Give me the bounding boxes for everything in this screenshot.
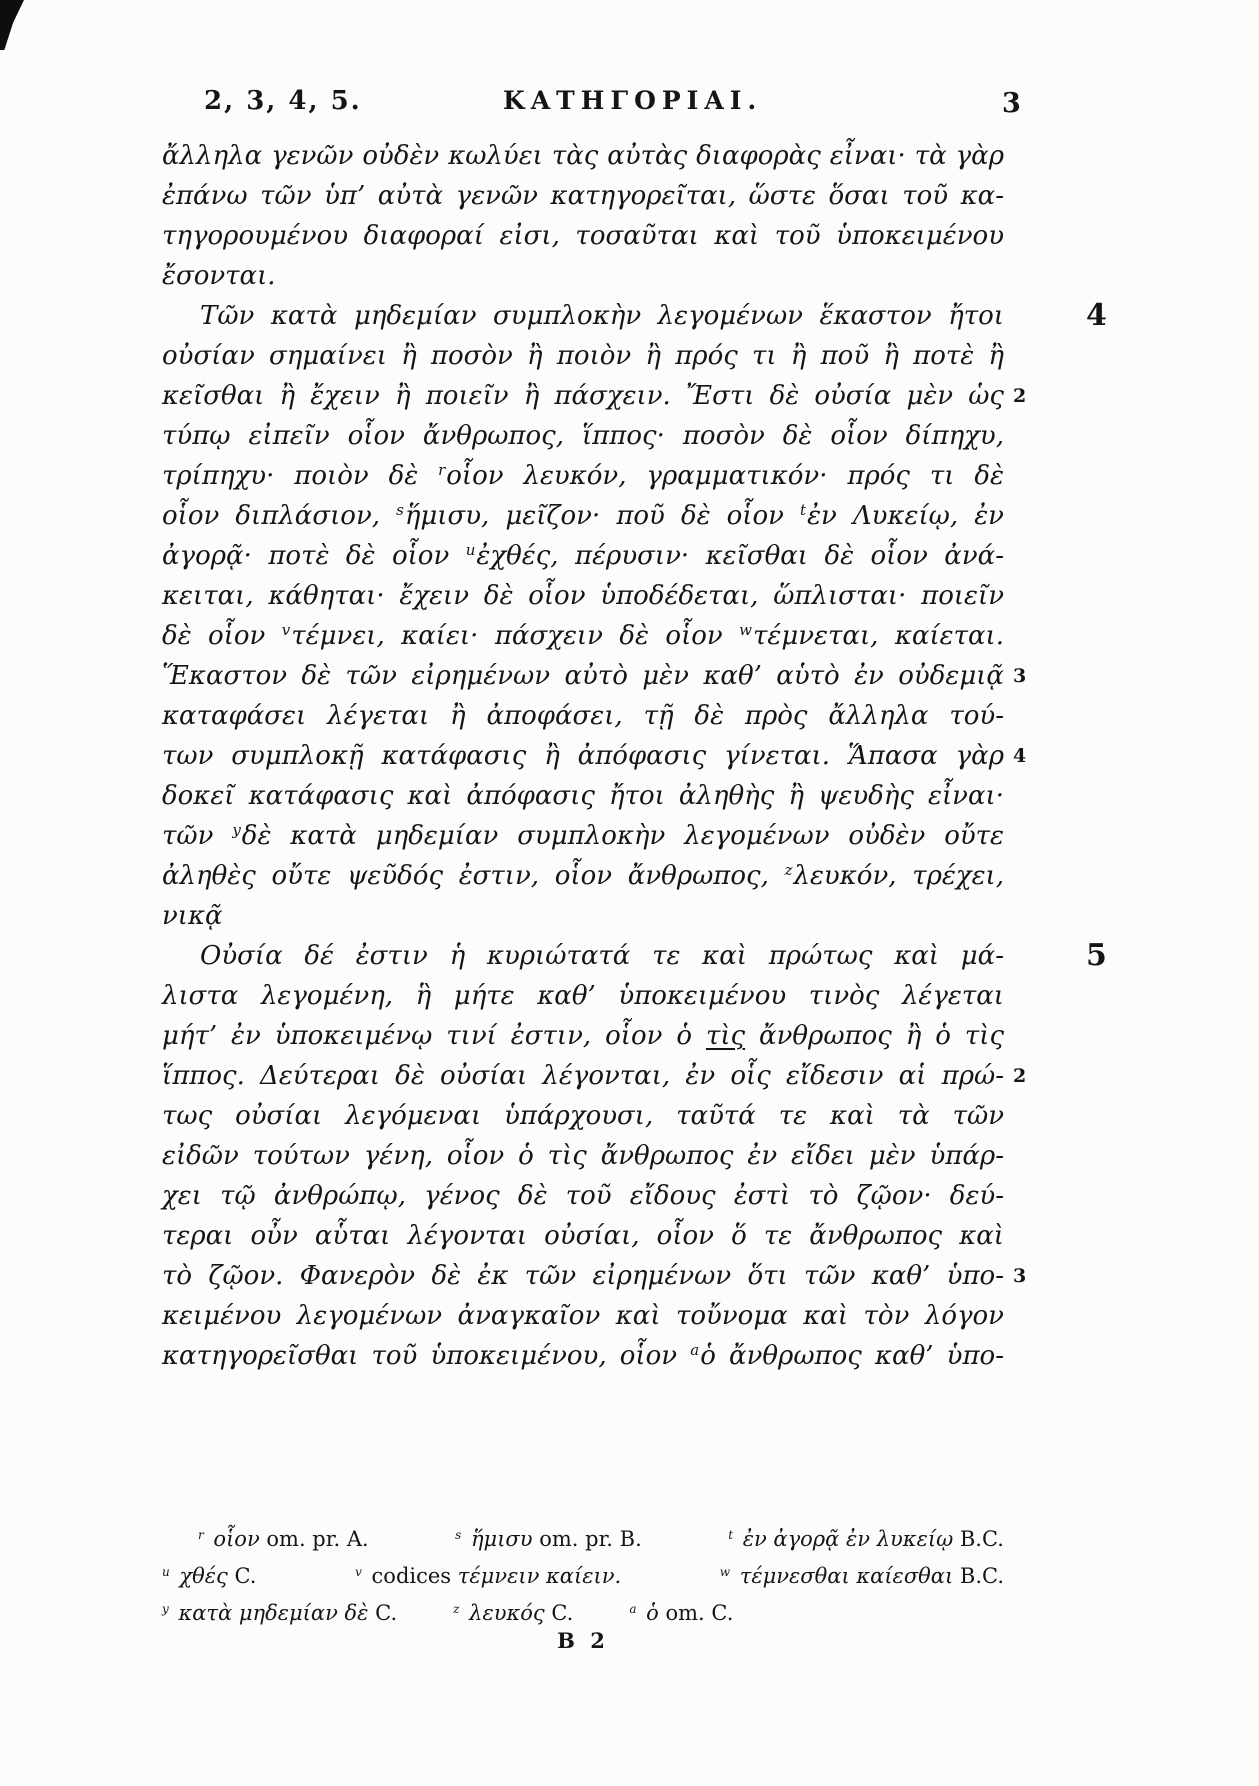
page-number: 3 <box>1002 88 1021 119</box>
greek-text: τέμνει, καίει· πάσχειν δὲ οἷον <box>291 621 739 651</box>
greek-text: τεραι οὖν αὗται λέγονται οὐσίαι, οἷον ὅ … <box>162 1221 1004 1251</box>
text-line: κεῖσθαι ἢ ἔχειν ἢ ποιεῖν ἢ πάσχειν. Ἔστι… <box>162 376 1004 416</box>
greek-text: λευκόν, τρέχει, <box>794 861 1005 891</box>
text-line: κειμένου λεγομένων ἀναγκαῖον καὶ τοὔνομα… <box>162 1296 1004 1336</box>
greek-text: καταφάσει λέγεται ἢ ἀποφάσει, τῇ δὲ πρὸς… <box>162 701 1004 731</box>
text-line: Τῶν κατὰ μηδεμίαν συμπλοκὴν λεγομένων ἕκ… <box>162 296 1004 336</box>
text-line: τύπῳ εἰπεῖν οἷον ἄνθρωπος, ἵππος· ποσὸν … <box>162 416 1004 456</box>
text-line: ἀγορᾷ· ποτὲ δὲ οἷον uἐχθές, πέρυσιν· κεῖ… <box>162 536 1004 576</box>
text-line: οὐσίαν σημαίνει ἢ ποσὸν ἢ ποιὸν ἢ πρός τ… <box>162 336 1004 376</box>
greek-text: λιστα λεγομένη, ἣ μήτε καθ’ ὑποκειμένου … <box>162 981 1004 1011</box>
footnote-entry: u χθές C. <box>162 1559 256 1596</box>
text-line: τως οὐσίαι λεγόμεναι ὑπάρχουσι, ταῦτά τε… <box>162 1096 1004 1136</box>
apparatus-letter: w <box>720 1565 730 1579</box>
latin-text: om. C. <box>665 1601 733 1625</box>
greek-text: ἥμισυ, μεῖζον· ποῦ δὲ οἷον <box>405 501 800 531</box>
book-page: 2, 3, 4, 5. ΚΑΤΗΓΟΡΙΑΙ. 3 ἄλληλα γενῶν ο… <box>0 0 1259 1786</box>
greek-text: Ἕκαστον δὲ τῶν εἰρημένων αὐτὸ μὲν καθ’ α… <box>162 661 1004 691</box>
text-line: δὲ οἷον vτέμνει, καίει· πάσχειν δὲ οἷον … <box>162 616 1004 656</box>
greek-text: τὸ ζῷον. Φανερὸν δὲ ἐκ τῶν εἰρημένων ὅτι… <box>162 1261 1004 1291</box>
apparatus-letter: u <box>466 541 476 559</box>
greek-text: ἀγορᾷ· ποτὲ δὲ οἷον <box>162 541 466 571</box>
text-line: ἐπάνω τῶν ὑπ’ αὐτὰ γενῶν κατηγορεῖται, ὥ… <box>162 176 1004 216</box>
apparatus-letter: y <box>232 821 240 839</box>
greek-text: Τῶν κατὰ μηδεμίαν συμπλοκὴν λεγομένων ἕκ… <box>200 301 1004 331</box>
text-line: χει τῷ ἀνθρώπῳ, γένος δὲ τοῦ εἴδους ἐστὶ… <box>162 1176 1004 1216</box>
body-text: ἄλληλα γενῶν οὐδὲν κωλύει τὰς αὐτὰς διαφ… <box>162 136 1004 1376</box>
text-line: κατηγορεῖσθαι τοῦ ὑποκειμένου, οἷον aὁ ἄ… <box>162 1336 1004 1376</box>
greek-text: τέμνεται, καίεται. <box>753 621 1004 651</box>
apparatus-letter: t <box>728 1528 733 1542</box>
page-title: ΚΑΤΗΓΟΡΙΑΙ. <box>503 86 762 115</box>
apparatus-letter: s <box>396 501 404 519</box>
scan-artifact-top-left <box>0 0 24 50</box>
apparatus-letter: u <box>162 1565 170 1579</box>
section-number-margin: 2 <box>1013 1056 1026 1096</box>
section-number-margin: 3 <box>1013 656 1026 696</box>
latin-text: B.C. <box>960 1564 1004 1588</box>
latin-text: C. <box>551 1601 573 1625</box>
greek-text: εἰδῶν τούτων γένη, οἷον ὁ τὶς ἄνθρωπος ἐ… <box>162 1141 1004 1171</box>
apparatus-letter: a <box>629 1602 636 1616</box>
latin-text: C. <box>375 1601 397 1625</box>
greek-text: τύπῳ εἰπεῖν οἷον ἄνθρωπος, ἵππος· ποσὸν … <box>162 421 1004 451</box>
apparatus-letter: a <box>690 1341 699 1359</box>
greek-text: οἷον λευκόν, γραμματικόν· πρός τι δὲ <box>446 461 1004 491</box>
text-line: κειται, κάθηται· ἔχειν δὲ οἷον ὑποδέδετα… <box>162 576 1004 616</box>
greek-text: τέμνειν καίειν. <box>458 1564 621 1588</box>
greek-text: δὲ κατὰ μηδεμίαν συμπλοκὴν λεγομένων οὐδ… <box>242 821 1004 851</box>
underlined-word: τὶς <box>706 1021 745 1051</box>
chapter-number-margin: 4 <box>1048 296 1107 336</box>
footnote-line: r οἷον om. pr. A.s ἥμισυ om. pr. B.t ἐν … <box>162 1522 1004 1559</box>
greek-text: κατηγορεῖσθαι τοῦ ὑποκειμένου, οἷον <box>162 1341 690 1371</box>
latin-text: C. <box>234 1564 256 1588</box>
text-line: Ἕκαστον δὲ τῶν εἰρημένων αὐτὸ μὲν καθ’ α… <box>162 656 1004 696</box>
latin-text: om. pr. A. <box>266 1527 368 1551</box>
text-line: νικᾷ <box>162 896 1004 936</box>
greek-text: ἐχθές, πέρυσιν· κεῖσθαι δὲ οἷον ἀνά- <box>476 541 1004 571</box>
greek-text: κατὰ μηδεμίαν δὲ <box>172 1601 375 1625</box>
greek-text: οἷον διπλάσιον, <box>162 501 396 531</box>
text-line: τῶν yδὲ κατὰ μηδεμίαν συμπλοκὴν λεγομένω… <box>162 816 1004 856</box>
text-line: ἔσονται. <box>162 256 1004 296</box>
text-line: ἄλληλα γενῶν οὐδὲν κωλύει τὰς αὐτὰς διαφ… <box>162 136 1004 176</box>
apparatus-letter: v <box>355 1565 362 1579</box>
apparatus-letter: w <box>739 621 752 639</box>
text-line: ἀληθὲς οὔτε ψεῦδός ἐστιν, οἷον ἄνθρωπος,… <box>162 856 1004 896</box>
greek-text: ἀληθὲς οὔτε ψεῦδός ἐστιν, οἷον ἄνθρωπος, <box>162 861 785 891</box>
footnote-entry: w τέμνεσθαι καίεσθαι B.C. <box>720 1559 1004 1596</box>
chapter-number-margin: 5 <box>1048 936 1107 976</box>
footnote-line: u χθές C.v codices τέμνειν καίειν.w τέμν… <box>162 1559 1004 1596</box>
greek-text: χει τῷ ἀνθρώπῳ, γένος δὲ τοῦ εἴδους ἐστὶ… <box>162 1181 1004 1211</box>
text-line: καταφάσει λέγεται ἢ ἀποφάσει, τῇ δὲ πρὸς… <box>162 696 1004 736</box>
text-line: δοκεῖ κατάφασις καὶ ἀπόφασις ἤτοι ἀληθὴς… <box>162 776 1004 816</box>
apparatus-letter: z <box>453 1602 459 1616</box>
apparatus-letter: s <box>455 1528 461 1542</box>
greek-text: ἄλληλα γενῶν οὐδὲν κωλύει τὰς αὐτὰς διαφ… <box>162 141 1004 171</box>
section-number-margin: 4 <box>1013 736 1026 776</box>
text-line: Οὐσία δέ ἐστιν ἡ κυριώτατά τε καὶ πρώτως… <box>162 936 1004 976</box>
greek-text: μήτ’ ἐν ὑποκειμένῳ τινί ἐστιν, οἷον ὁ <box>162 1021 706 1051</box>
apparatus-letter: t <box>800 501 806 519</box>
greek-text: κεῖσθαι ἢ ἔχειν ἢ ποιεῖν ἢ πάσχειν. Ἔστι… <box>162 381 1004 411</box>
greek-text: λευκός <box>462 1601 551 1625</box>
text-line: ἵππος. Δεύτεραι δὲ οὐσίαι λέγονται, ἐν ο… <box>162 1056 1004 1096</box>
apparatus-letter: v <box>282 621 290 639</box>
text-line: τεραι οὖν αὗται λέγονται οὐσίαι, οἷον ὅ … <box>162 1216 1004 1256</box>
apparatus-letter: z <box>785 861 793 879</box>
greek-text: νικᾷ <box>162 901 223 931</box>
greek-text: δὲ οἷον <box>162 621 282 651</box>
footnote-entry: r οἷον om. pr. A. <box>198 1522 369 1559</box>
apparatus-letter: y <box>162 1602 169 1616</box>
text-line: τὸ ζῷον. Φανερὸν δὲ ἐκ τῶν εἰρημένων ὅτι… <box>162 1256 1004 1296</box>
text-line: τηγορουμένου διαφοραί εἰσι, τοσαῦται καὶ… <box>162 216 1004 256</box>
footnote-block: r οἷον om. pr. A.s ἥμισυ om. pr. B.t ἐν … <box>162 1522 1004 1633</box>
greek-text: τέμνεσθαι καίεσθαι <box>733 1564 960 1588</box>
signature-mark: B 2 <box>162 1628 1004 1653</box>
greek-text: ἐπάνω τῶν ὑπ’ αὐτὰ γενῶν κατηγορεῖται, ὥ… <box>162 181 1004 211</box>
greek-text: κειται, κάθηται· ἔχειν δὲ οἷον ὑποδέδετα… <box>162 581 1004 611</box>
latin-text: B.C. <box>960 1527 1004 1551</box>
greek-text: ἐν Λυκείῳ, ἐν <box>807 501 1004 531</box>
greek-text: τρίπηχυ· ποιὸν δὲ <box>162 461 438 491</box>
greek-text: Οὐσία δέ ἐστιν ἡ κυριώτατά τε καὶ πρώτως… <box>200 941 1004 971</box>
greek-text: δοκεῖ κατάφασις καὶ ἀπόφασις ἤτοι ἀληθὴς… <box>162 781 1004 811</box>
greek-text: τως οὐσίαι λεγόμεναι ὑπάρχουσι, ταῦτά τε… <box>162 1101 1004 1131</box>
greek-text: ἥμισυ <box>464 1527 539 1551</box>
section-number-margin: 2 <box>1013 376 1026 416</box>
footnote-entry: t ἐν ἀγορᾷ ἐν λυκείῳ B.C. <box>728 1522 1004 1559</box>
greek-text: των συμπλοκῇ κατάφασις ἢ ἀπόφασις γίνετα… <box>162 741 1004 771</box>
greek-text: ἐν ἀγορᾷ ἐν λυκείῳ <box>736 1527 960 1551</box>
text-line: των συμπλοκῇ κατάφασις ἢ ἀπόφασις γίνετα… <box>162 736 1004 776</box>
greek-text: ὁ ἄνθρωπος καθ’ ὑπο- <box>700 1341 1004 1371</box>
apparatus-letter: r <box>438 461 445 479</box>
text-line: μήτ’ ἐν ὑποκειμένῳ τινί ἐστιν, οἷον ὁ τὶ… <box>162 1016 1004 1056</box>
greek-text: τῶν <box>162 821 232 851</box>
footnote-entry: v codices τέμνειν καίειν. <box>355 1559 621 1596</box>
text-line: εἰδῶν τούτων γένη, οἷον ὁ τὶς ἄνθρωπος ἐ… <box>162 1136 1004 1176</box>
greek-text: οὐσίαν σημαίνει ἢ ποσὸν ἢ ποιὸν ἢ πρός τ… <box>162 341 1004 371</box>
latin-text: om. pr. B. <box>539 1527 642 1551</box>
footnote-entry: s ἥμισυ om. pr. B. <box>455 1522 642 1559</box>
section-number-margin: 3 <box>1013 1256 1026 1296</box>
greek-text: ἄνθρωπος ἢ ὁ τὶς <box>745 1021 1004 1051</box>
greek-text: ἵππος. Δεύτεραι δὲ οὐσίαι λέγονται, ἐν ο… <box>162 1061 1004 1091</box>
text-line: λιστα λεγομένη, ἣ μήτε καθ’ ὑποκειμένου … <box>162 976 1004 1016</box>
latin-text: codices <box>365 1564 458 1588</box>
text-line: τρίπηχυ· ποιὸν δὲ rοἷον λευκόν, γραμματι… <box>162 456 1004 496</box>
greek-text: ὁ <box>639 1601 665 1625</box>
apparatus-letter: r <box>198 1528 204 1542</box>
greek-text: οἷον <box>207 1527 267 1551</box>
greek-text: ἔσονται. <box>162 261 276 291</box>
greek-text: τηγορουμένου διαφοραί εἰσι, τοσαῦται καὶ… <box>162 221 1004 251</box>
header-chapter-numbers: 2, 3, 4, 5. <box>204 86 362 116</box>
greek-text: κειμένου λεγομένων ἀναγκαῖον καὶ τοὔνομα… <box>162 1301 1004 1331</box>
greek-text: χθές <box>173 1564 235 1588</box>
text-line: οἷον διπλάσιον, sἥμισυ, μεῖζον· ποῦ δὲ ο… <box>162 496 1004 536</box>
